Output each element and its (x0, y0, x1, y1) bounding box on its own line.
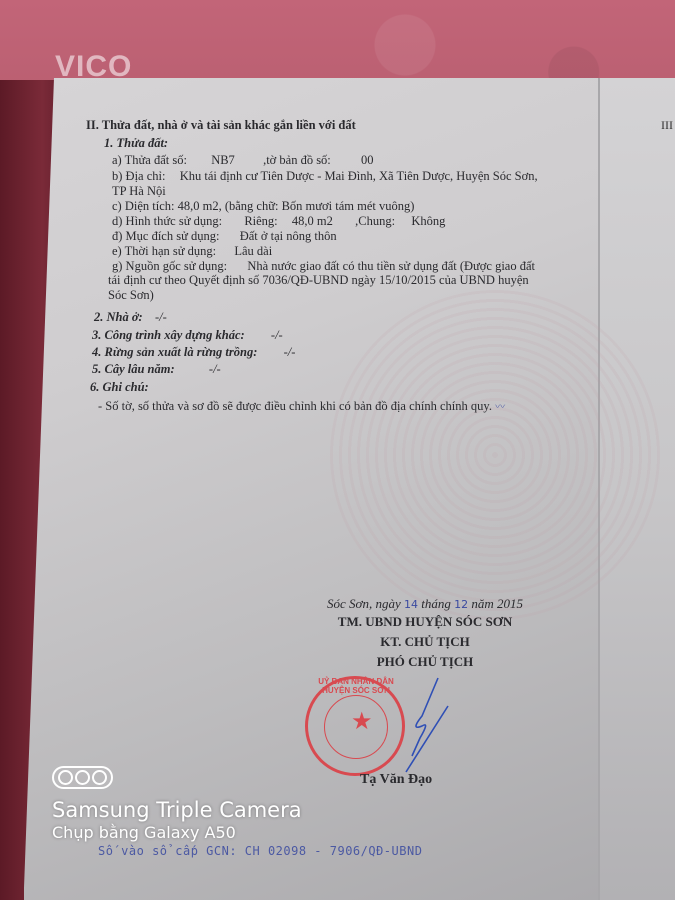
signer-name: Tạ Văn Đạo (360, 772, 432, 788)
origin-value: Nhà nước giao đất có thu tiền sử dụng đấ… (247, 259, 535, 273)
parcel-row: a) Thửa đất số: NB7 ,tờ bản đồ số: 00 (112, 153, 374, 168)
perennial-trees-value: -/- (209, 362, 221, 376)
signature-title-2: KT. CHỦ TỊCH (280, 632, 570, 652)
camera-title: Samsung Triple Camera (52, 797, 302, 823)
origin-label: g) Nguồn gốc sử dụng: (112, 259, 227, 273)
address-value-cont: TP Hà Nội (112, 184, 166, 199)
other-construction-label: 3. Công trình xây dựng khác: (92, 328, 245, 342)
map-sheet-label: ,tờ bản đồ số: (263, 153, 331, 167)
signature-block: Sóc Sơn, ngày 14 tháng 12 năm 2015 TM. U… (280, 596, 570, 672)
signature-date: Sóc Sơn, ngày 14 tháng 12 năm 2015 (280, 596, 570, 612)
term-row: e) Thời hạn sử dụng: Lâu dài (112, 244, 272, 259)
usage-form-label: d) Hình thức sử dụng: (112, 214, 222, 228)
camera-watermark: Samsung Triple Camera Chụp bằng Galaxy A… (52, 766, 302, 843)
handwritten-initials: 〰 (495, 402, 505, 413)
triple-camera-icon (52, 766, 113, 789)
usage-private-value: 48,0 m2 (292, 214, 333, 228)
section-title: II. Thửa đất, nhà ở và tài sản khác gắn … (86, 118, 356, 133)
usage-private-label: Riêng: (244, 214, 277, 228)
registry-number-handwritten: Số vào sổ cấp GCN: CH 02098 - 7906/QĐ-UB… (98, 844, 422, 858)
other-construction-value: -/- (271, 328, 283, 342)
official-red-seal: UỶ BAN NHÂN DÂN HUYỆN SÓC SƠN ★ (305, 676, 405, 776)
term-label: e) Thời hạn sử dụng: (112, 244, 216, 258)
notes-heading: 6. Ghi chú: (90, 380, 149, 395)
origin-value-cont2: Sóc Sơn) (108, 288, 154, 303)
map-sheet-value: 00 (361, 153, 374, 167)
notes-text: - Số tờ, số thửa và sơ đồ sẽ được điều c… (98, 398, 505, 414)
seal-text: UỶ BAN NHÂN DÂN HUYỆN SÓC SƠN (310, 677, 402, 695)
certificate-content: II. Thửa đất, nhà ở và tài sản khác gắn … (0, 0, 675, 900)
lens-icon (75, 770, 90, 785)
production-forest-row: 4. Rừng sản xuất là rừng trồng: -/- (92, 345, 295, 360)
house-value: -/- (155, 310, 167, 324)
parcel-label: a) Thửa đất số: (112, 153, 187, 167)
production-forest-value: -/- (284, 345, 296, 359)
purpose-label: đ) Mục đích sử dụng: (112, 229, 219, 243)
other-construction-row: 3. Công trình xây dựng khác: -/- (92, 328, 283, 343)
lens-icon (92, 770, 107, 785)
purpose-value: Đất ở tại nông thôn (240, 229, 337, 243)
parcel-value: NB7 (211, 153, 235, 167)
term-value: Lâu dài (234, 244, 272, 258)
usage-shared-label: ,Chung: (355, 214, 395, 228)
handwritten-day: 14 (404, 598, 418, 611)
usage-shared-value: Không (411, 214, 445, 228)
handwritten-month: 12 (454, 598, 468, 611)
house-label: 2. Nhà ở: (94, 310, 143, 324)
national-emblem-icon: ★ (324, 695, 388, 759)
handwritten-signature (400, 676, 460, 776)
address-row: b) Địa chỉ: Khu tái định cư Tiên Dược - … (112, 169, 538, 184)
production-forest-label: 4. Rừng sản xuất là rừng trồng: (92, 345, 257, 359)
usage-form-row: d) Hình thức sử dụng: Riêng: 48,0 m2 ,Ch… (112, 214, 445, 229)
star-icon: ★ (351, 710, 373, 734)
land-heading: 1. Thửa đất: (104, 136, 168, 151)
signature-title-3: PHÓ CHỦ TỊCH (280, 652, 570, 672)
area-row: c) Diện tích: 48,0 m2, (bằng chữ: Bốn mư… (112, 199, 414, 214)
origin-value-cont: tái định cư theo Quyết định số 7036/QĐ-U… (108, 273, 529, 288)
purpose-row: đ) Mục đích sử dụng: Đất ở tại nông thôn (112, 229, 337, 244)
signature-title-1: TM. UBND HUYỆN SÓC SƠN (280, 612, 570, 632)
perennial-trees-label: 5. Cây lâu năm: (92, 362, 175, 376)
address-label: b) Địa chỉ: (112, 169, 165, 183)
lens-icon (58, 770, 73, 785)
origin-row: g) Nguồn gốc sử dụng: Nhà nước giao đất … (112, 259, 535, 274)
perennial-trees-row: 5. Cây lâu năm: -/- (92, 362, 221, 377)
address-value: Khu tái định cư Tiên Dược - Mai Đình, Xã… (180, 169, 538, 183)
camera-subtitle: Chụp bằng Galaxy A50 (52, 823, 302, 843)
house-row: 2. Nhà ở: -/- (94, 310, 167, 325)
